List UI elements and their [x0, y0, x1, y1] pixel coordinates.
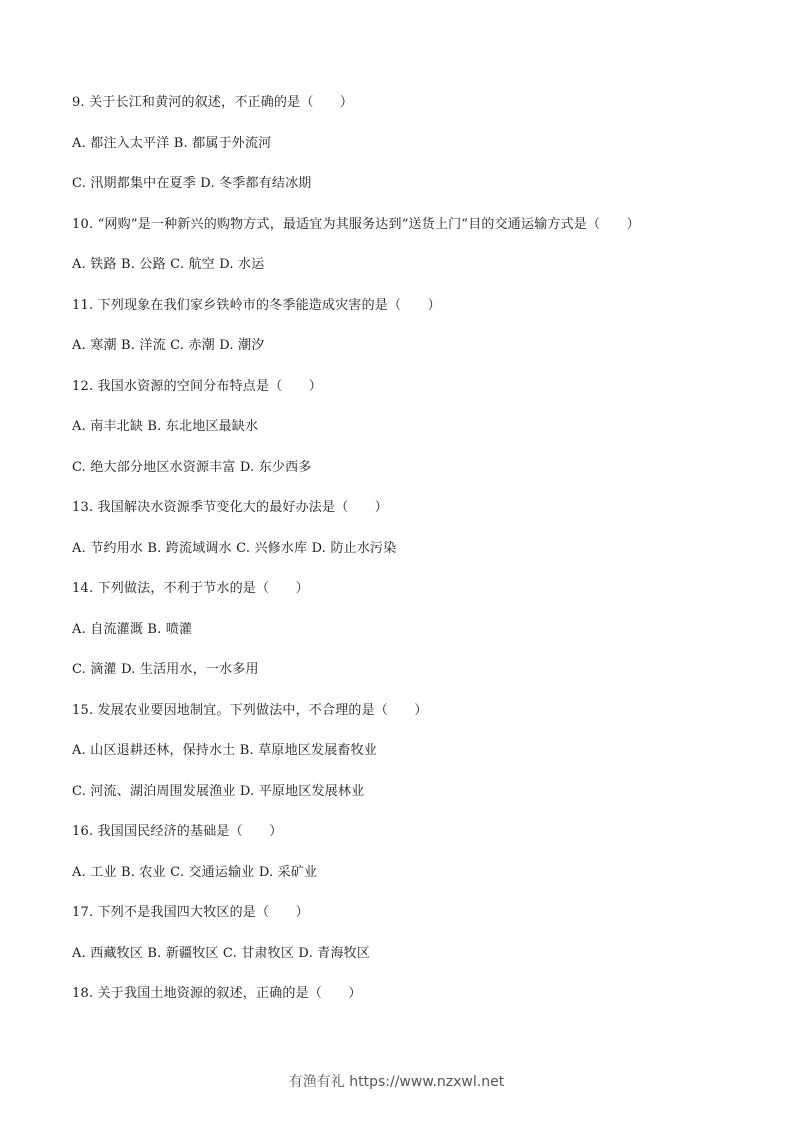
watermark-footer: 有渔有礼 https://www.nzxwl.net: [0, 1071, 793, 1091]
question-14-stem: 14. 下列做法，不利于节水的是（ ）: [72, 580, 732, 597]
question-14-options-row-2: C. 滴灌 D. 生活用水，一水多用: [72, 661, 732, 678]
question-17-options-row-1: A. 西藏牧区 B. 新疆牧区 C. 甘肃牧区 D. 青海牧区: [72, 945, 732, 962]
question-11-stem: 11. 下列现象在我们家乡铁岭市的冬季能造成灾害的是（ ）: [72, 297, 732, 314]
question-15-options-row-1: A. 山区退耕还林，保持水土 B. 草原地区发展畜牧业: [72, 742, 732, 759]
question-10-stem: 10. “网购”是一种新兴的购物方式，最适宜为其服务达到“送货上门”目的交通运输…: [72, 216, 732, 233]
question-13-options-row-1: A. 节约用水 B. 跨流域调水 C. 兴修水库 D. 防止水污染: [72, 540, 732, 557]
question-9-stem: 9. 关于长江和黄河的叙述，不正确的是（ ）: [72, 94, 732, 111]
question-11-options-row-1: A. 寒潮 B. 洋流 C. 赤潮 D. 潮汐: [72, 337, 732, 354]
question-12-stem: 12. 我国水资源的空间分布特点是（ ）: [72, 378, 732, 395]
question-15-options-row-2: C. 河流、湖泊周围发展渔业 D. 平原地区发展林业: [72, 783, 732, 800]
document-page: 9. 关于长江和黄河的叙述，不正确的是（ ） A. 都注入太平洋 B. 都属于外…: [72, 94, 732, 1026]
question-12-options-row-2: C. 绝大部分地区水资源丰富 D. 东少西多: [72, 459, 732, 476]
question-10-options-row-1: A. 铁路 B. 公路 C. 航空 D. 水运: [72, 256, 732, 273]
question-9-options-row-1: A. 都注入太平洋 B. 都属于外流河: [72, 135, 732, 152]
question-16-stem: 16. 我国国民经济的基础是（ ）: [72, 823, 732, 840]
question-12-options-row-1: A. 南丰北缺 B. 东北地区最缺水: [72, 418, 732, 435]
question-9-options-row-2: C. 汛期都集中在夏季 D. 冬季都有结冰期: [72, 175, 732, 192]
question-15-stem: 15. 发展农业要因地制宜。下列做法中，不合理的是（ ）: [72, 702, 732, 719]
question-14-options-row-1: A. 自流灌溉 B. 喷灌: [72, 621, 732, 638]
question-16-options-row-1: A. 工业 B. 农业 C. 交通运输业 D. 采矿业: [72, 864, 732, 881]
question-18-stem: 18. 关于我国土地资源的叙述，正确的是（ ）: [72, 985, 732, 1002]
question-13-stem: 13. 我国解决水资源季节变化大的最好办法是（ ）: [72, 499, 732, 516]
question-17-stem: 17. 下列不是我国四大牧区的是（ ）: [72, 904, 732, 921]
